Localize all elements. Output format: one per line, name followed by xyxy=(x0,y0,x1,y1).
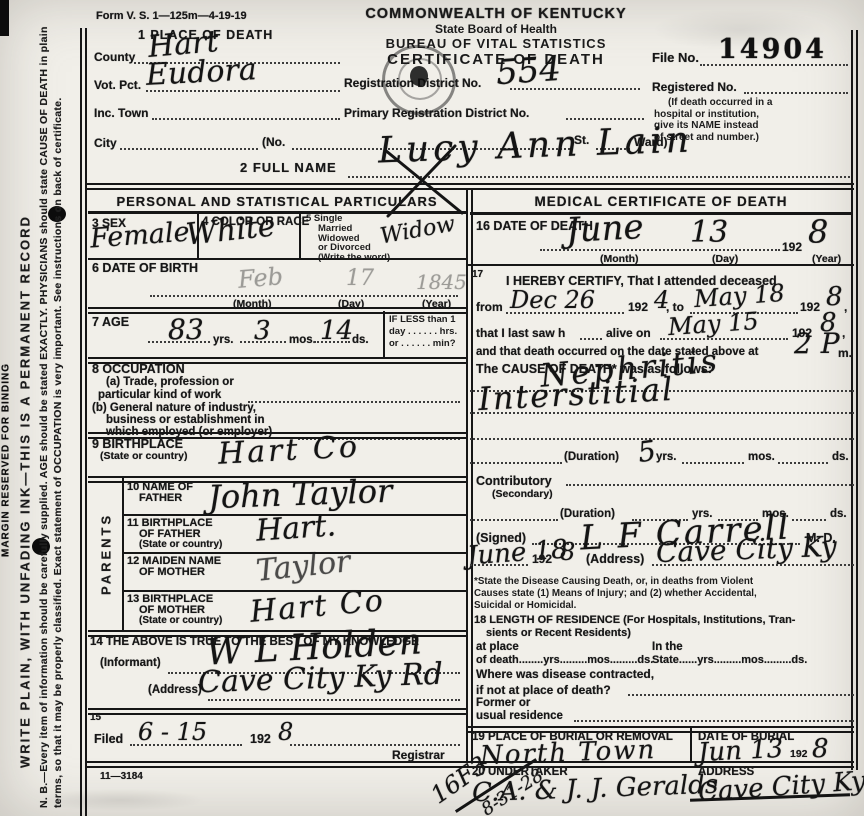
if-less-line: IF LESS than 1 xyxy=(389,314,457,326)
age-days-value: 14 xyxy=(320,318,353,344)
inc-town-label: Inc. Town xyxy=(94,106,148,120)
section17-number: 17 xyxy=(472,269,483,280)
filed-year-digit: 8 xyxy=(278,720,293,744)
cause-line2-value: Interstitial xyxy=(477,373,675,415)
footnote-line: Suicidal or Homicidal. xyxy=(474,600,856,612)
margin-write-plain-note: WRITE PLAIN, WITH UNFADING INK—THIS IS A… xyxy=(15,168,35,816)
former-label: Former or xyxy=(476,697,530,709)
signed-address-label: (Address) xyxy=(586,552,644,566)
registration-district-value: 554 xyxy=(495,52,562,90)
medical-title: MEDICAL CERTIFICATE OF DEATH xyxy=(470,194,852,209)
duration-years-value: 5 xyxy=(636,437,658,467)
primary-district-line xyxy=(566,118,644,120)
filed-year-prefix: 192 xyxy=(250,732,271,746)
dod-month-value: June xyxy=(565,210,644,248)
commonwealth-title: COMMONWEALTH OF KENTUCKY xyxy=(340,6,652,22)
informant-address-line xyxy=(208,699,460,701)
city-label: City xyxy=(94,136,117,150)
dob-label: 6 DATE OF BIRTH xyxy=(92,261,198,275)
marital-value: Widow xyxy=(379,214,457,249)
filed-label: Filed xyxy=(94,732,123,746)
no-label: (No. xyxy=(262,135,285,149)
occupation-a1: (a) Trade, profession or xyxy=(106,376,234,388)
contributory-line xyxy=(566,484,854,486)
mother-name-label2: OF MOTHER xyxy=(139,566,205,578)
mother-bp-value: Hart Co xyxy=(249,586,386,628)
if-not-label: if not at place of death? xyxy=(476,683,611,697)
secondary-label: (Secondary) xyxy=(492,488,553,500)
cause-line2 xyxy=(470,412,854,414)
burial-date-value: Jun 13 xyxy=(697,736,784,766)
race-value: White xyxy=(185,211,277,250)
rule-dod-bottom xyxy=(466,264,854,266)
usual-residence-line xyxy=(574,720,854,722)
full-name-value: Lucy Ann Lain xyxy=(377,123,693,170)
hospital-note-line: hospital or institution, xyxy=(654,109,854,121)
duration1-yrs: yrs. xyxy=(656,451,676,463)
duration1-mos-line xyxy=(778,462,828,464)
footnote-line: *State the Disease Causing Death, or, in… xyxy=(474,576,856,588)
filed-date-value: 6 - 15 xyxy=(138,720,207,744)
from-year-prefix: 192 xyxy=(628,300,648,314)
county-label: County xyxy=(94,50,135,64)
full-name-line xyxy=(348,176,850,178)
dob-year-value: 1845 xyxy=(416,272,467,292)
sex-value: Female xyxy=(89,219,190,253)
duration2-lead xyxy=(470,519,558,521)
duration1-ds: ds. xyxy=(832,451,849,463)
death-time-value: 2 P xyxy=(794,330,840,358)
rule-parents-inner xyxy=(122,478,124,630)
contracted-label: Where was disease contracted, xyxy=(476,667,654,681)
if-less-line: day . . . . . . hrs. xyxy=(389,326,457,338)
to-year-prefix: 192 xyxy=(800,300,820,314)
in-the-label: In the xyxy=(652,641,683,653)
informant-address-label: (Address) xyxy=(148,684,202,696)
stamp-ink-blob xyxy=(410,66,428,86)
rule-row14-bottom xyxy=(88,708,466,715)
vot-pct-label: Vot. Pct. xyxy=(94,78,141,92)
duration2-ds: ds. xyxy=(830,508,847,520)
dob-day-value: 17 xyxy=(346,268,374,290)
cause-footnote: *State the Disease Causing Death, or, in… xyxy=(474,576,856,612)
burial-year-digit: 8 xyxy=(812,736,829,762)
informant-address-value: Cave City Ky Rd xyxy=(198,660,444,699)
section15-number: 15 xyxy=(90,712,101,723)
residence-label2: sients or Recent Residents) xyxy=(486,627,631,639)
file-no-label: File No. xyxy=(652,50,699,65)
duration1-label: (Duration) xyxy=(564,451,619,463)
signed-date-line xyxy=(470,564,528,566)
if-less-box: IF LESS than 1 day . . . . . . hrs. or .… xyxy=(389,314,457,350)
if-less-line: or . . . . . . min? xyxy=(389,338,457,350)
death-certificate-scan: MARGIN RESERVED FOR BINDING WRITE PLAIN,… xyxy=(0,0,864,816)
occupation-b1: (b) General nature of industry, xyxy=(92,402,256,414)
personal-title: PERSONAL AND STATISTICAL PARTICULARS xyxy=(90,194,464,209)
registered-no-line xyxy=(744,92,848,94)
ink-mark xyxy=(0,0,9,36)
state-label: State......yrs.........mos.........ds. xyxy=(652,654,807,666)
board-of-health: State Board of Health xyxy=(340,22,652,36)
attended-to-value: May 18 xyxy=(693,281,785,311)
rule-personal-title xyxy=(88,211,466,214)
residence-label1: 18 LENGTH OF RESIDENCE (For Hospitals, I… xyxy=(474,614,795,626)
vot-pct-value: Eudora xyxy=(145,55,257,91)
age-yrs-unit: yrs. xyxy=(213,334,233,346)
dod-year-prefix: 192 xyxy=(782,240,802,254)
father-name-label2: FATHER xyxy=(139,492,182,504)
comma-2: , xyxy=(842,326,845,340)
age-mos-unit: mos. xyxy=(289,334,316,346)
duration1-yrs-line xyxy=(682,462,744,464)
registered-no-label: Registered No. xyxy=(652,80,737,94)
age-years-value: 83 xyxy=(168,316,204,344)
attended-from-value: Dec 26 xyxy=(510,288,595,312)
registrar-label: Registrar xyxy=(392,748,445,762)
cause-line3 xyxy=(470,438,854,440)
birthplace-label: 9 BIRTHPLACE xyxy=(92,437,183,451)
father-bp-sub: (State or country) xyxy=(139,539,222,550)
file-no-value: 14904 xyxy=(718,34,827,65)
margin-binding-note: MARGIN RESERVED FOR BINDING xyxy=(0,300,13,620)
last-saw-blank xyxy=(580,338,602,340)
filed-line xyxy=(290,744,460,746)
rule-row-sex-bottom xyxy=(88,258,466,260)
to-year-digit: 8 xyxy=(826,284,843,310)
margin-nb-note: N. B.—Every item of information should b… xyxy=(37,16,81,808)
death-m-label: m. xyxy=(838,346,852,360)
rule-row-dob-bottom xyxy=(88,307,466,314)
age-months-value: 3 xyxy=(254,318,271,344)
marital-options: 5 Single Married Widowed or Divorced (Wr… xyxy=(306,214,390,263)
from-label: from xyxy=(476,300,503,314)
duration2-mos-line xyxy=(792,519,826,521)
print-code: 11—3184 xyxy=(100,771,143,782)
rule-form-left-edge xyxy=(80,28,87,816)
mother-bp-sub: (State or country) xyxy=(139,615,222,626)
rule-medical-title xyxy=(470,212,852,215)
city-line xyxy=(120,148,258,150)
occupation-a2: particular kind of work xyxy=(98,389,221,401)
mother-name-value: Taylor xyxy=(255,547,352,587)
signed-address-value: Cave City Ky xyxy=(656,533,838,567)
of-death-label: of death........yrs.........mos.........… xyxy=(476,654,653,666)
last-saw-value: May 15 xyxy=(667,309,759,339)
usual-residence-label: usual residence xyxy=(476,710,563,722)
form-number: Form V. S. 1—125m—4-19-19 xyxy=(96,10,247,22)
undertaker-value: C.A. & J. J. Geralds xyxy=(472,772,719,807)
birthplace-value: Hart Co xyxy=(217,432,360,469)
duration1-mos: mos. xyxy=(748,451,775,463)
age-label: 7 AGE xyxy=(92,315,129,329)
rule-race-marital xyxy=(299,213,301,258)
dod-year-digit: 8 xyxy=(808,216,828,248)
footnote-line: Causes state (1) Means of Injury; and (2… xyxy=(474,588,856,600)
if-not-line xyxy=(628,694,854,696)
comma-1: , xyxy=(844,300,847,314)
duration1-lead xyxy=(470,462,562,464)
dod-day-value: 13 xyxy=(690,218,728,248)
father-name-value: John Taylor xyxy=(207,475,392,513)
hospital-note-line: (If death occurred in a xyxy=(654,97,854,109)
rule-if-less-box xyxy=(383,311,385,357)
occupation-label: 8 OCCUPATION xyxy=(92,362,185,376)
burial-year-prefix: 192 xyxy=(790,748,808,760)
dob-line xyxy=(150,295,458,297)
last-saw-prefix: that I last saw h xyxy=(476,326,565,340)
burial-value: North Town xyxy=(480,737,657,769)
last-saw-suffix: alive on xyxy=(606,326,651,340)
occupation-a-line xyxy=(248,401,460,403)
signed-year-digit: 8 xyxy=(560,540,575,564)
signed-year-prefix: 192 xyxy=(532,552,552,566)
bureau-title: BUREAU OF VITAL STATISTICS xyxy=(340,36,652,51)
inc-town-line xyxy=(152,118,340,120)
father-bp-value: Hart. xyxy=(255,511,337,547)
rule-burial-divider xyxy=(690,728,692,761)
contributory-label: Contributory xyxy=(476,474,552,488)
at-place-label: at place xyxy=(476,641,519,653)
birthplace-sub: (State or country) xyxy=(100,450,188,462)
parents-label: PARENTS xyxy=(94,478,118,630)
informant-label: (Informant) xyxy=(100,657,161,669)
full-name-label: 2 FULL NAME xyxy=(240,160,337,175)
occupation-b2: business or establishment in xyxy=(106,414,264,426)
dob-month-value: Feb xyxy=(237,264,284,292)
age-ds-unit: ds. xyxy=(352,334,369,346)
